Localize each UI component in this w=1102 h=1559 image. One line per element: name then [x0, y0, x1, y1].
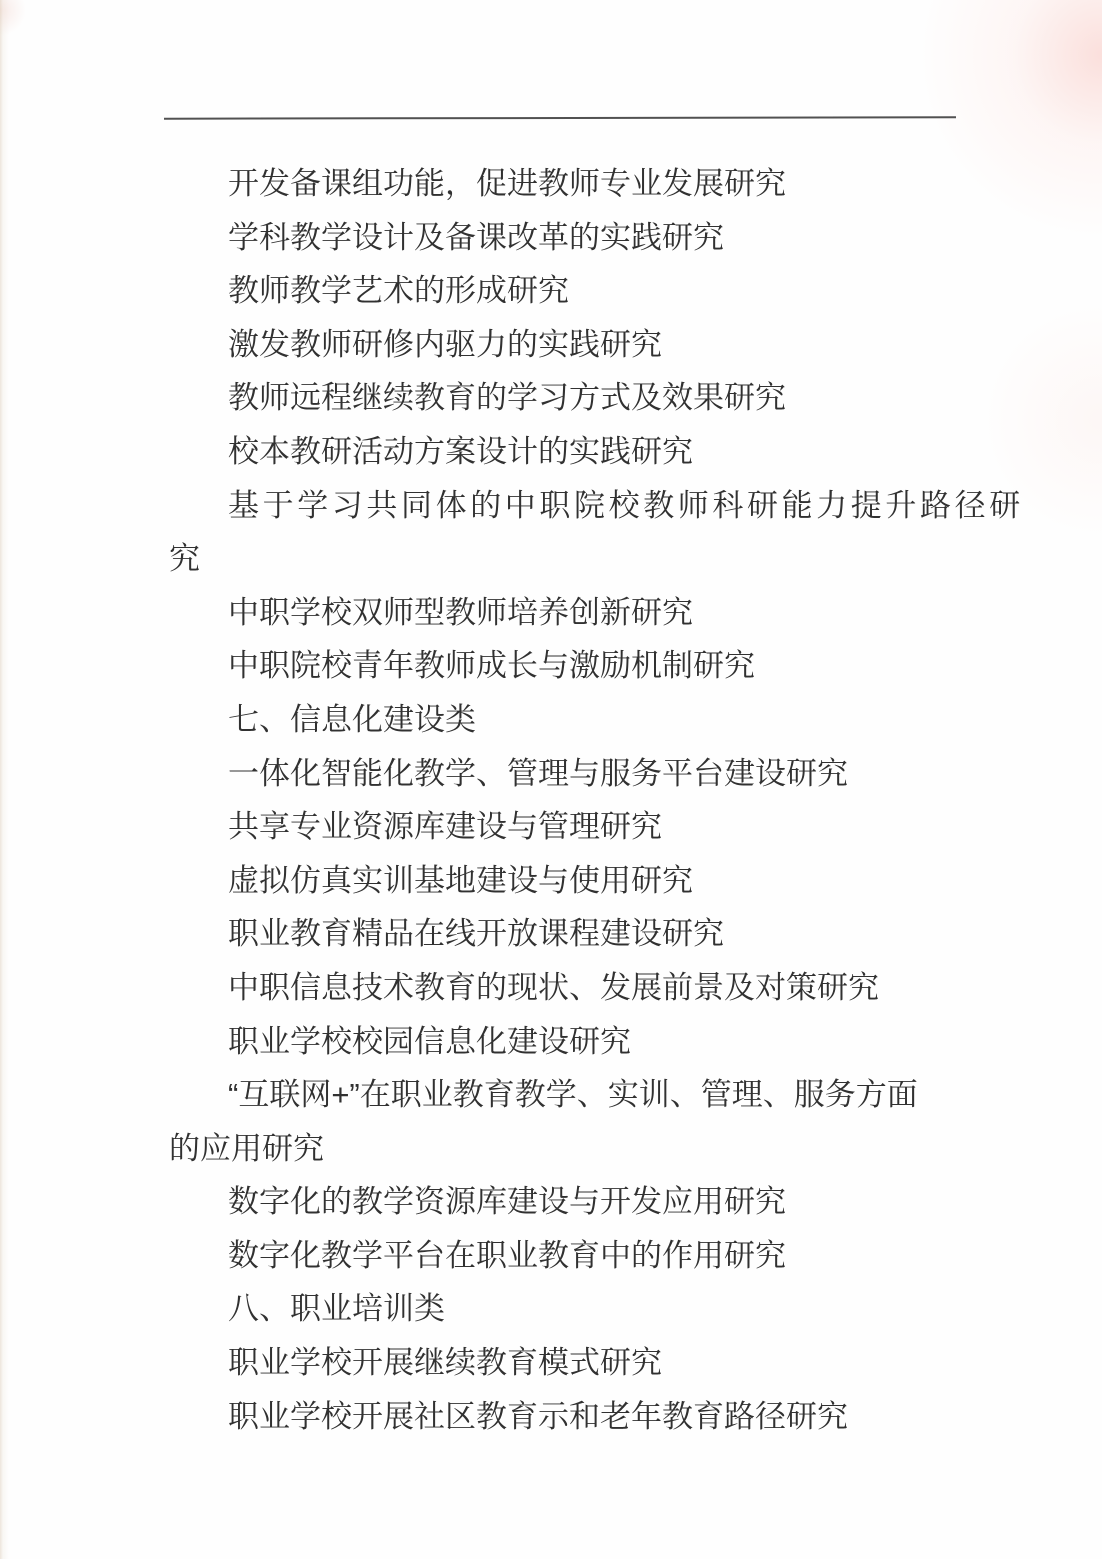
text-line: 教师远程继续教育的学习方式及效果研究 [169, 371, 989, 425]
text-line: 虚拟仿真实训基地建设与使用研究 [169, 854, 989, 908]
text-line: 一体化智能化教学、管理与服务平台建设研究 [169, 747, 989, 801]
text-line: 中职信息技术教育的现状、发展前景及对策研究 [169, 961, 989, 1015]
text-line: 中职院校青年教师成长与激励机制研究 [169, 639, 989, 693]
text-line: 共享专业资源库建设与管理研究 [169, 800, 989, 854]
text-line: 数字化的教学资源库建设与开发应用研究 [169, 1175, 989, 1229]
text-line: 基于学习共同体的中职院校教师科研能力提升路径研 [169, 479, 989, 533]
text-line: 的应用研究 [169, 1122, 989, 1176]
document-text-block: 开发备课组功能，促进教师专业发展研究学科教学设计及备课改革的实践研究教师教学艺术… [169, 157, 989, 1443]
text-line: 究 [169, 532, 989, 586]
text-line: 职业学校开展社区教育示和老年教育路径研究 [169, 1390, 989, 1444]
text-line: 教师教学艺术的形成研究 [169, 264, 989, 318]
text-line: 八、职业培训类 [169, 1282, 989, 1336]
text-line: 职业学校开展继续教育模式研究 [169, 1336, 989, 1390]
text-line: 学科教学设计及备课改革的实践研究 [169, 211, 989, 265]
text-line: 激发教师研修内驱力的实践研究 [169, 318, 989, 372]
text-line: 职业学校校园信息化建设研究 [169, 1015, 989, 1069]
text-line: 开发备课组功能，促进教师专业发展研究 [169, 157, 989, 211]
text-line: 七、信息化建设类 [169, 693, 989, 747]
header-divider-line [164, 116, 956, 119]
text-line: “互联网+”在职业教育教学、实训、管理、服务方面 [169, 1068, 989, 1122]
text-line: 校本教研活动方案设计的实践研究 [169, 425, 989, 479]
text-line: 数字化教学平台在职业教育中的作用研究 [169, 1229, 989, 1283]
text-line: 职业教育精品在线开放课程建设研究 [169, 907, 989, 961]
text-line: 中职学校双师型教师培养创新研究 [169, 586, 989, 640]
